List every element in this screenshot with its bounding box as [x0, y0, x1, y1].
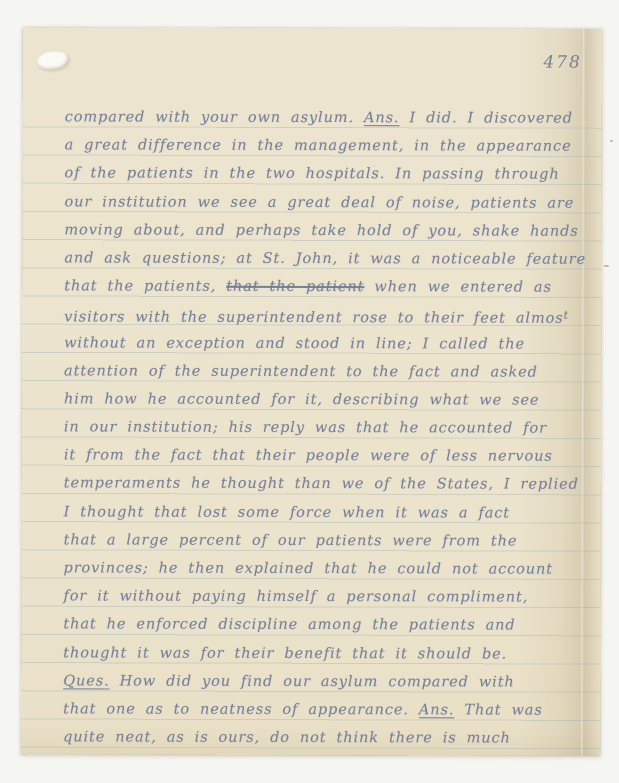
- manuscript-line: Ques. How did you find our asylum compar…: [63, 667, 593, 697]
- handwritten-text: provinces; he then explained that he cou…: [64, 560, 554, 577]
- manuscript-line: temperaments he thought than we of the S…: [64, 470, 594, 500]
- manuscript-line: attention of the superintendent to the f…: [64, 357, 594, 387]
- handwritten-text: without an exception and stood in line; …: [64, 335, 525, 352]
- manuscript-line: our institution we see a great deal of n…: [64, 188, 594, 218]
- handwritten-text: I thought that lost some force when it w…: [64, 504, 510, 521]
- handwritten-text: I did. I discovered: [399, 110, 573, 126]
- handwritten-text: and ask questions; at St. John, it was a…: [64, 250, 586, 267]
- handwritten-text: that the patients,: [64, 278, 226, 294]
- handwritten-text: our institution we see a great deal of n…: [64, 194, 574, 211]
- manuscript-line: that the patients, that the patient when…: [64, 272, 594, 302]
- handwritten-text: for it without paying himself a personal…: [63, 589, 528, 606]
- page-number: 478: [543, 53, 582, 73]
- scan-speck: [604, 265, 609, 267]
- manuscript-line: compared with your own asylum. Ans. I di…: [65, 103, 595, 133]
- handwritten-text: t: [564, 309, 569, 322]
- manuscript-line: I thought that lost some force when it w…: [64, 498, 594, 528]
- manuscript-line: of the patients in the two hospitals. In…: [65, 160, 595, 190]
- handwritten-text: temperaments he thought than we of the S…: [64, 476, 579, 493]
- handwritten-text: How did you find our asylum compared wit…: [110, 673, 515, 690]
- handwritten-text: thought it was for their benefit that it…: [63, 645, 507, 662]
- manuscript-line: without an exception and stood in line; …: [64, 329, 594, 359]
- handwritten-text: moving about, and perhaps take hold of y…: [64, 222, 578, 239]
- manuscript-line: visitors with the superintendent rose to…: [64, 301, 594, 331]
- manuscript-line: that a large percent of our patients wer…: [64, 526, 594, 556]
- manuscript-line: provinces; he then explained that he cou…: [63, 554, 593, 584]
- manuscript-line: it from the fact that their people were …: [64, 442, 594, 472]
- handwritten-text: in our institution; his reply was that h…: [64, 419, 547, 436]
- handwritten-text: a great difference in the management, in…: [65, 138, 572, 155]
- manuscript-line: that one as to neatness of appearance. A…: [63, 695, 593, 725]
- underlined-label: Ques.: [63, 673, 109, 689]
- manuscript-line: quite neat, as is ours, do not think the…: [63, 723, 593, 753]
- manuscript-line: for it without paying himself a personal…: [63, 583, 593, 613]
- handwritten-text: when we entered as: [364, 279, 551, 295]
- handwritten-text: visitors with the superintendent rose to…: [64, 310, 563, 327]
- underlined-label: Ans.: [364, 110, 400, 126]
- underlined-label: Ans.: [419, 702, 455, 718]
- handwritten-text: quite neat, as is ours, do not think the…: [63, 729, 511, 746]
- handwritten-text: it from the fact that their people were …: [64, 448, 553, 465]
- handwritten-text: That was: [454, 702, 542, 718]
- manuscript-line: in our institution; his reply was that h…: [64, 413, 594, 443]
- manuscript-paper: 478 compared with your own asylum. Ans. …: [21, 27, 602, 756]
- handwritten-text: that he enforced discipline among the pa…: [63, 617, 515, 634]
- manuscript-line: thought it was for their benefit that it…: [63, 639, 593, 669]
- struck-text: that the patient: [226, 279, 364, 295]
- manuscript-lines: compared with your own asylum. Ans. I di…: [63, 103, 595, 753]
- handwritten-text: of the patients in the two hospitals. In…: [65, 166, 560, 183]
- handwritten-text: that a large percent of our patients wer…: [64, 532, 518, 549]
- handwritten-text: that one as to neatness of appearance.: [63, 701, 419, 718]
- manuscript-line: that he enforced discipline among the pa…: [63, 611, 593, 641]
- handwritten-text: attention of the superintendent to the f…: [64, 363, 538, 380]
- handwritten-text: him how he accounted for it, describing …: [64, 391, 539, 408]
- manuscript-line: and ask questions; at St. John, it was a…: [64, 244, 594, 274]
- paper-tear: [36, 49, 70, 72]
- manuscript-line: a great difference in the management, in…: [65, 132, 595, 162]
- manuscript-line: moving about, and perhaps take hold of y…: [64, 216, 594, 246]
- scanned-document: 478 compared with your own asylum. Ans. …: [0, 0, 619, 783]
- scan-speck: [610, 140, 613, 142]
- handwritten-text: compared with your own asylum.: [65, 109, 364, 126]
- manuscript-line: him how he accounted for it, describing …: [64, 385, 594, 415]
